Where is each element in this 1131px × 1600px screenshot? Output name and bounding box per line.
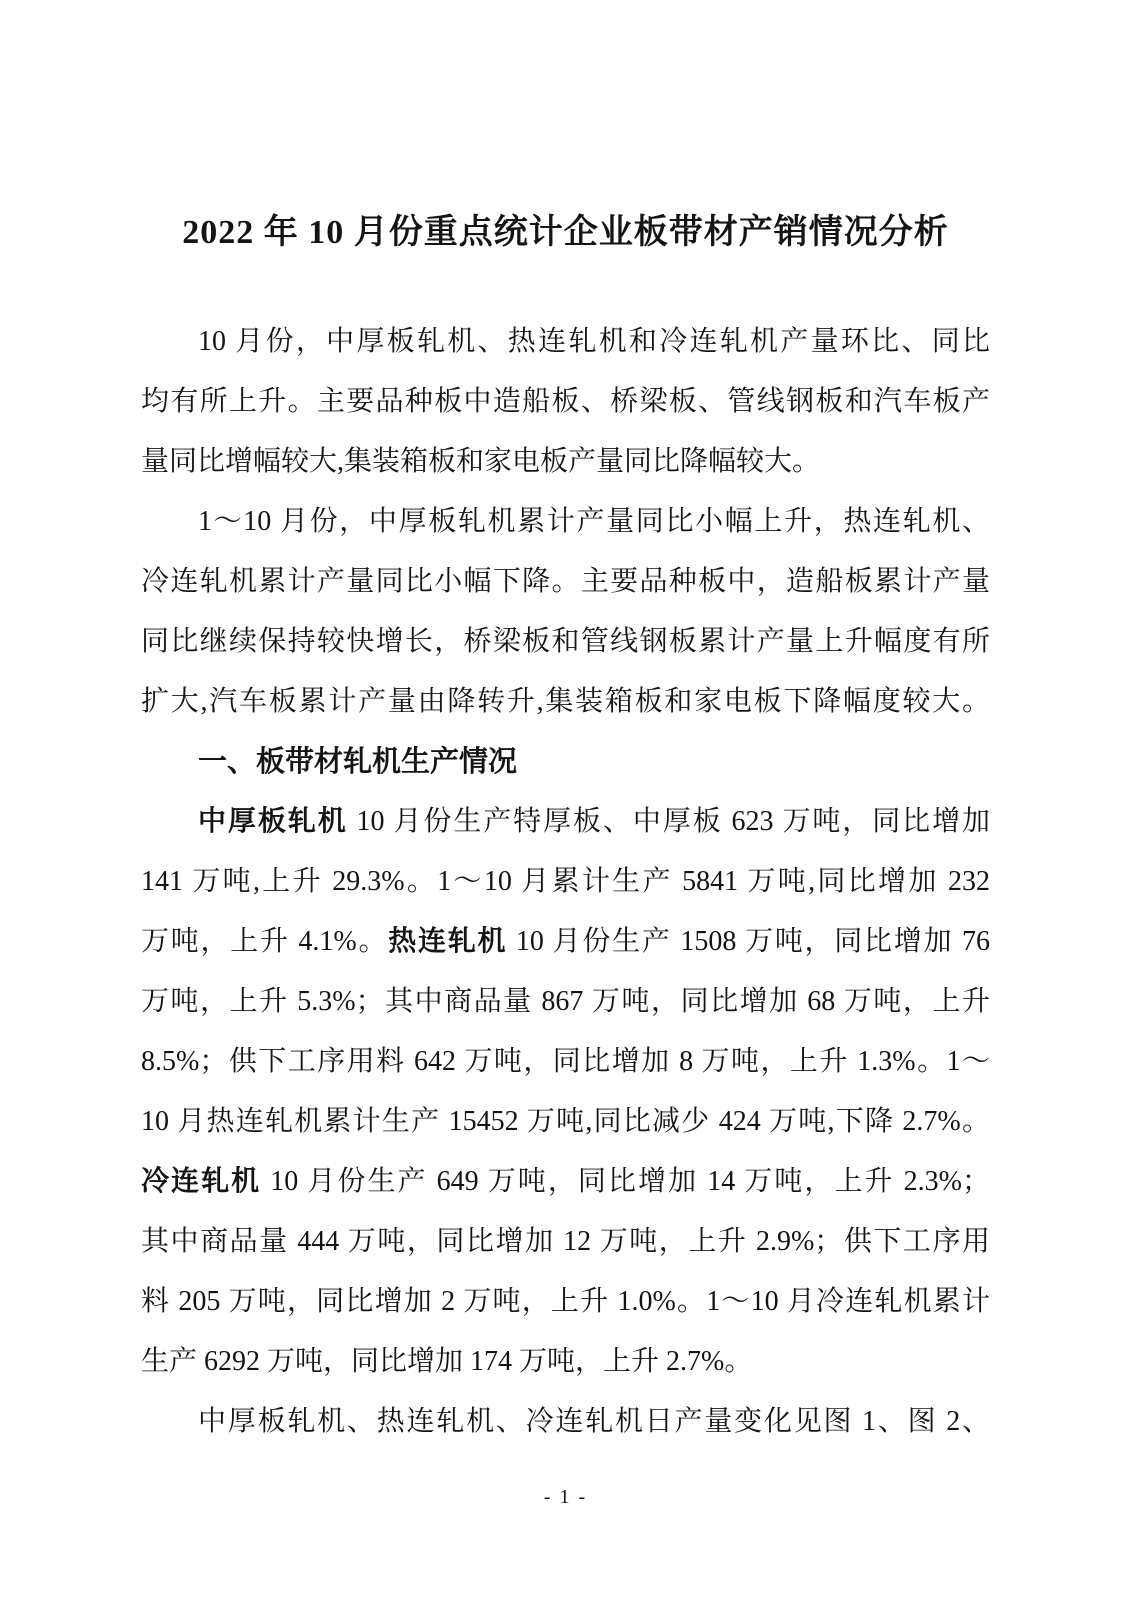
text-line: 料 205 万吨，同比增加 2 万吨，上升 1.0%。1～10 月冷连轧机累计 — [141, 1272, 990, 1332]
text-segment: 其中商品量 444 万吨，同比增加 12 万吨，上升 2.9%；供下工序用 — [141, 1226, 990, 1257]
text-line: 冷连轧机 10 月份生产 649 万吨，同比增加 14 万吨，上升 2.3%； — [141, 1152, 990, 1212]
text-segment: 8.5%；供下工序用料 642 万吨，同比增加 8 万吨，上升 1.3%。1～ — [141, 1046, 990, 1077]
text-line: 均有所上升。主要品种板中造船板、桥梁板、管线钢板和汽车板产 — [141, 372, 990, 432]
document-body: 10 月份，中厚板轧机、热连轧机和冷连轧机产量环比、同比均有所上升。主要品种板中… — [141, 312, 990, 1452]
text-line: 1～10 月份，中厚板轧机累计产量同比小幅上升，热连轧机、 — [141, 492, 990, 552]
intro-cumulative: 1～10 月份，中厚板轧机累计产量同比小幅上升，热连轧机、冷连轧机累计产量同比小… — [141, 492, 990, 732]
emphasized-term: 一、板带材轧机生产情况 — [198, 746, 517, 778]
text-line: 10 月热连轧机累计生产 15452 万吨,同比减少 424 万吨,下降 2.7… — [141, 1092, 990, 1152]
text-segment: 料 205 万吨，同比增加 2 万吨，上升 1.0%。1～10 月冷连轧机累计 — [141, 1286, 990, 1317]
text-line: 其中商品量 444 万吨，同比增加 12 万吨，上升 2.9%；供下工序用 — [141, 1212, 990, 1272]
text-segment: 10 月热连轧机累计生产 15452 万吨,同比减少 424 万吨,下降 2.7… — [141, 1106, 990, 1137]
emphasized-term: 冷连轧机 — [141, 1166, 261, 1197]
text-line: 冷连轧机累计产量同比小幅下降。主要品种板中，造船板累计产量 — [141, 552, 990, 612]
text-segment: 万吨，上升 4.1%。 — [141, 926, 388, 957]
text-line: 扩大,汽车板累计产量由降转升,集装箱板和家电板下降幅度较大。 — [141, 672, 990, 732]
intro-monthly: 10 月份，中厚板轧机、热连轧机和冷连轧机产量环比、同比均有所上升。主要品种板中… — [141, 312, 990, 492]
daily-output-reference: 中厚板轧机、热连轧机、冷连轧机日产量变化见图 1、图 2、 — [141, 1392, 990, 1452]
section-heading: 一、板带材轧机生产情况 — [141, 732, 990, 792]
text-segment: 141 万吨,上升 29.3%。1～10 月累计生产 5841 万吨,同比增加 … — [141, 866, 990, 897]
text-line: 生产 6292 万吨，同比增加 174 万吨，上升 2.7%。 — [141, 1332, 990, 1392]
text-line: 中厚板轧机、热连轧机、冷连轧机日产量变化见图 1、图 2、 — [141, 1392, 990, 1452]
text-segment: 10 月份，中厚板轧机、热连轧机和冷连轧机产量环比、同比 — [198, 326, 990, 357]
emphasized-term: 热连轧机 — [388, 926, 507, 957]
text-segment: 扩大,汽车板累计产量由降转升,集装箱板和家电板下降幅度较大。 — [141, 686, 990, 717]
emphasized-term: 中厚板轧机 — [198, 806, 348, 837]
text-line: 8.5%；供下工序用料 642 万吨，同比增加 8 万吨，上升 1.3%。1～ — [141, 1032, 990, 1092]
text-segment: 10 月份生产 649 万吨，同比增加 14 万吨，上升 2.3%； — [261, 1166, 990, 1197]
text-segment: 10 月份生产特厚板、中厚板 623 万吨，同比增加 — [348, 806, 990, 837]
text-segment: 万吨，上升 5.3%；其中商品量 867 万吨，同比增加 68 万吨，上升 — [141, 986, 990, 1017]
text-segment: 生产 6292 万吨，同比增加 174 万吨，上升 2.7%。 — [141, 1346, 752, 1377]
text-segment: 同比继续保持较快增长，桥梁板和管线钢板累计产量上升幅度有所 — [141, 626, 990, 657]
document-content: 2022 年 10 月份重点统计企业板带材产销情况分析 10 月份，中厚板轧机、… — [141, 0, 990, 1452]
page-number: - 1 - — [0, 1486, 1131, 1509]
text-segment: 10 月份生产 1508 万吨，同比增加 76 — [507, 926, 990, 957]
text-line: 141 万吨,上升 29.3%。1～10 月累计生产 5841 万吨,同比增加 … — [141, 852, 990, 912]
text-segment: 量同比增幅较大,集装箱板和家电板产量同比降幅较大。 — [141, 446, 820, 477]
document-page: 2022 年 10 月份重点统计企业板带材产销情况分析 10 月份，中厚板轧机、… — [0, 0, 1131, 1600]
text-line: 同比继续保持较快增长，桥梁板和管线钢板累计产量上升幅度有所 — [141, 612, 990, 672]
text-segment: 中厚板轧机、热连轧机、冷连轧机日产量变化见图 1、图 2、 — [198, 1406, 990, 1437]
text-line: 万吨，上升 5.3%；其中商品量 867 万吨，同比增加 68 万吨，上升 — [141, 972, 990, 1032]
section-1-heading: 一、板带材轧机生产情况 — [141, 732, 990, 792]
production-details: 中厚板轧机 10 月份生产特厚板、中厚板 623 万吨，同比增加141 万吨,上… — [141, 792, 990, 1392]
text-line: 量同比增幅较大,集装箱板和家电板产量同比降幅较大。 — [141, 432, 990, 492]
text-segment: 均有所上升。主要品种板中造船板、桥梁板、管线钢板和汽车板产 — [141, 386, 990, 417]
document-title: 2022 年 10 月份重点统计企业板带材产销情况分析 — [141, 205, 990, 261]
text-line: 中厚板轧机 10 月份生产特厚板、中厚板 623 万吨，同比增加 — [141, 792, 990, 852]
text-segment: 冷连轧机累计产量同比小幅下降。主要品种板中，造船板累计产量 — [141, 566, 990, 597]
text-line: 万吨，上升 4.1%。热连轧机 10 月份生产 1508 万吨，同比增加 76 — [141, 912, 990, 972]
text-segment: 1～10 月份，中厚板轧机累计产量同比小幅上升，热连轧机、 — [198, 506, 990, 537]
text-line: 10 月份，中厚板轧机、热连轧机和冷连轧机产量环比、同比 — [141, 312, 990, 372]
